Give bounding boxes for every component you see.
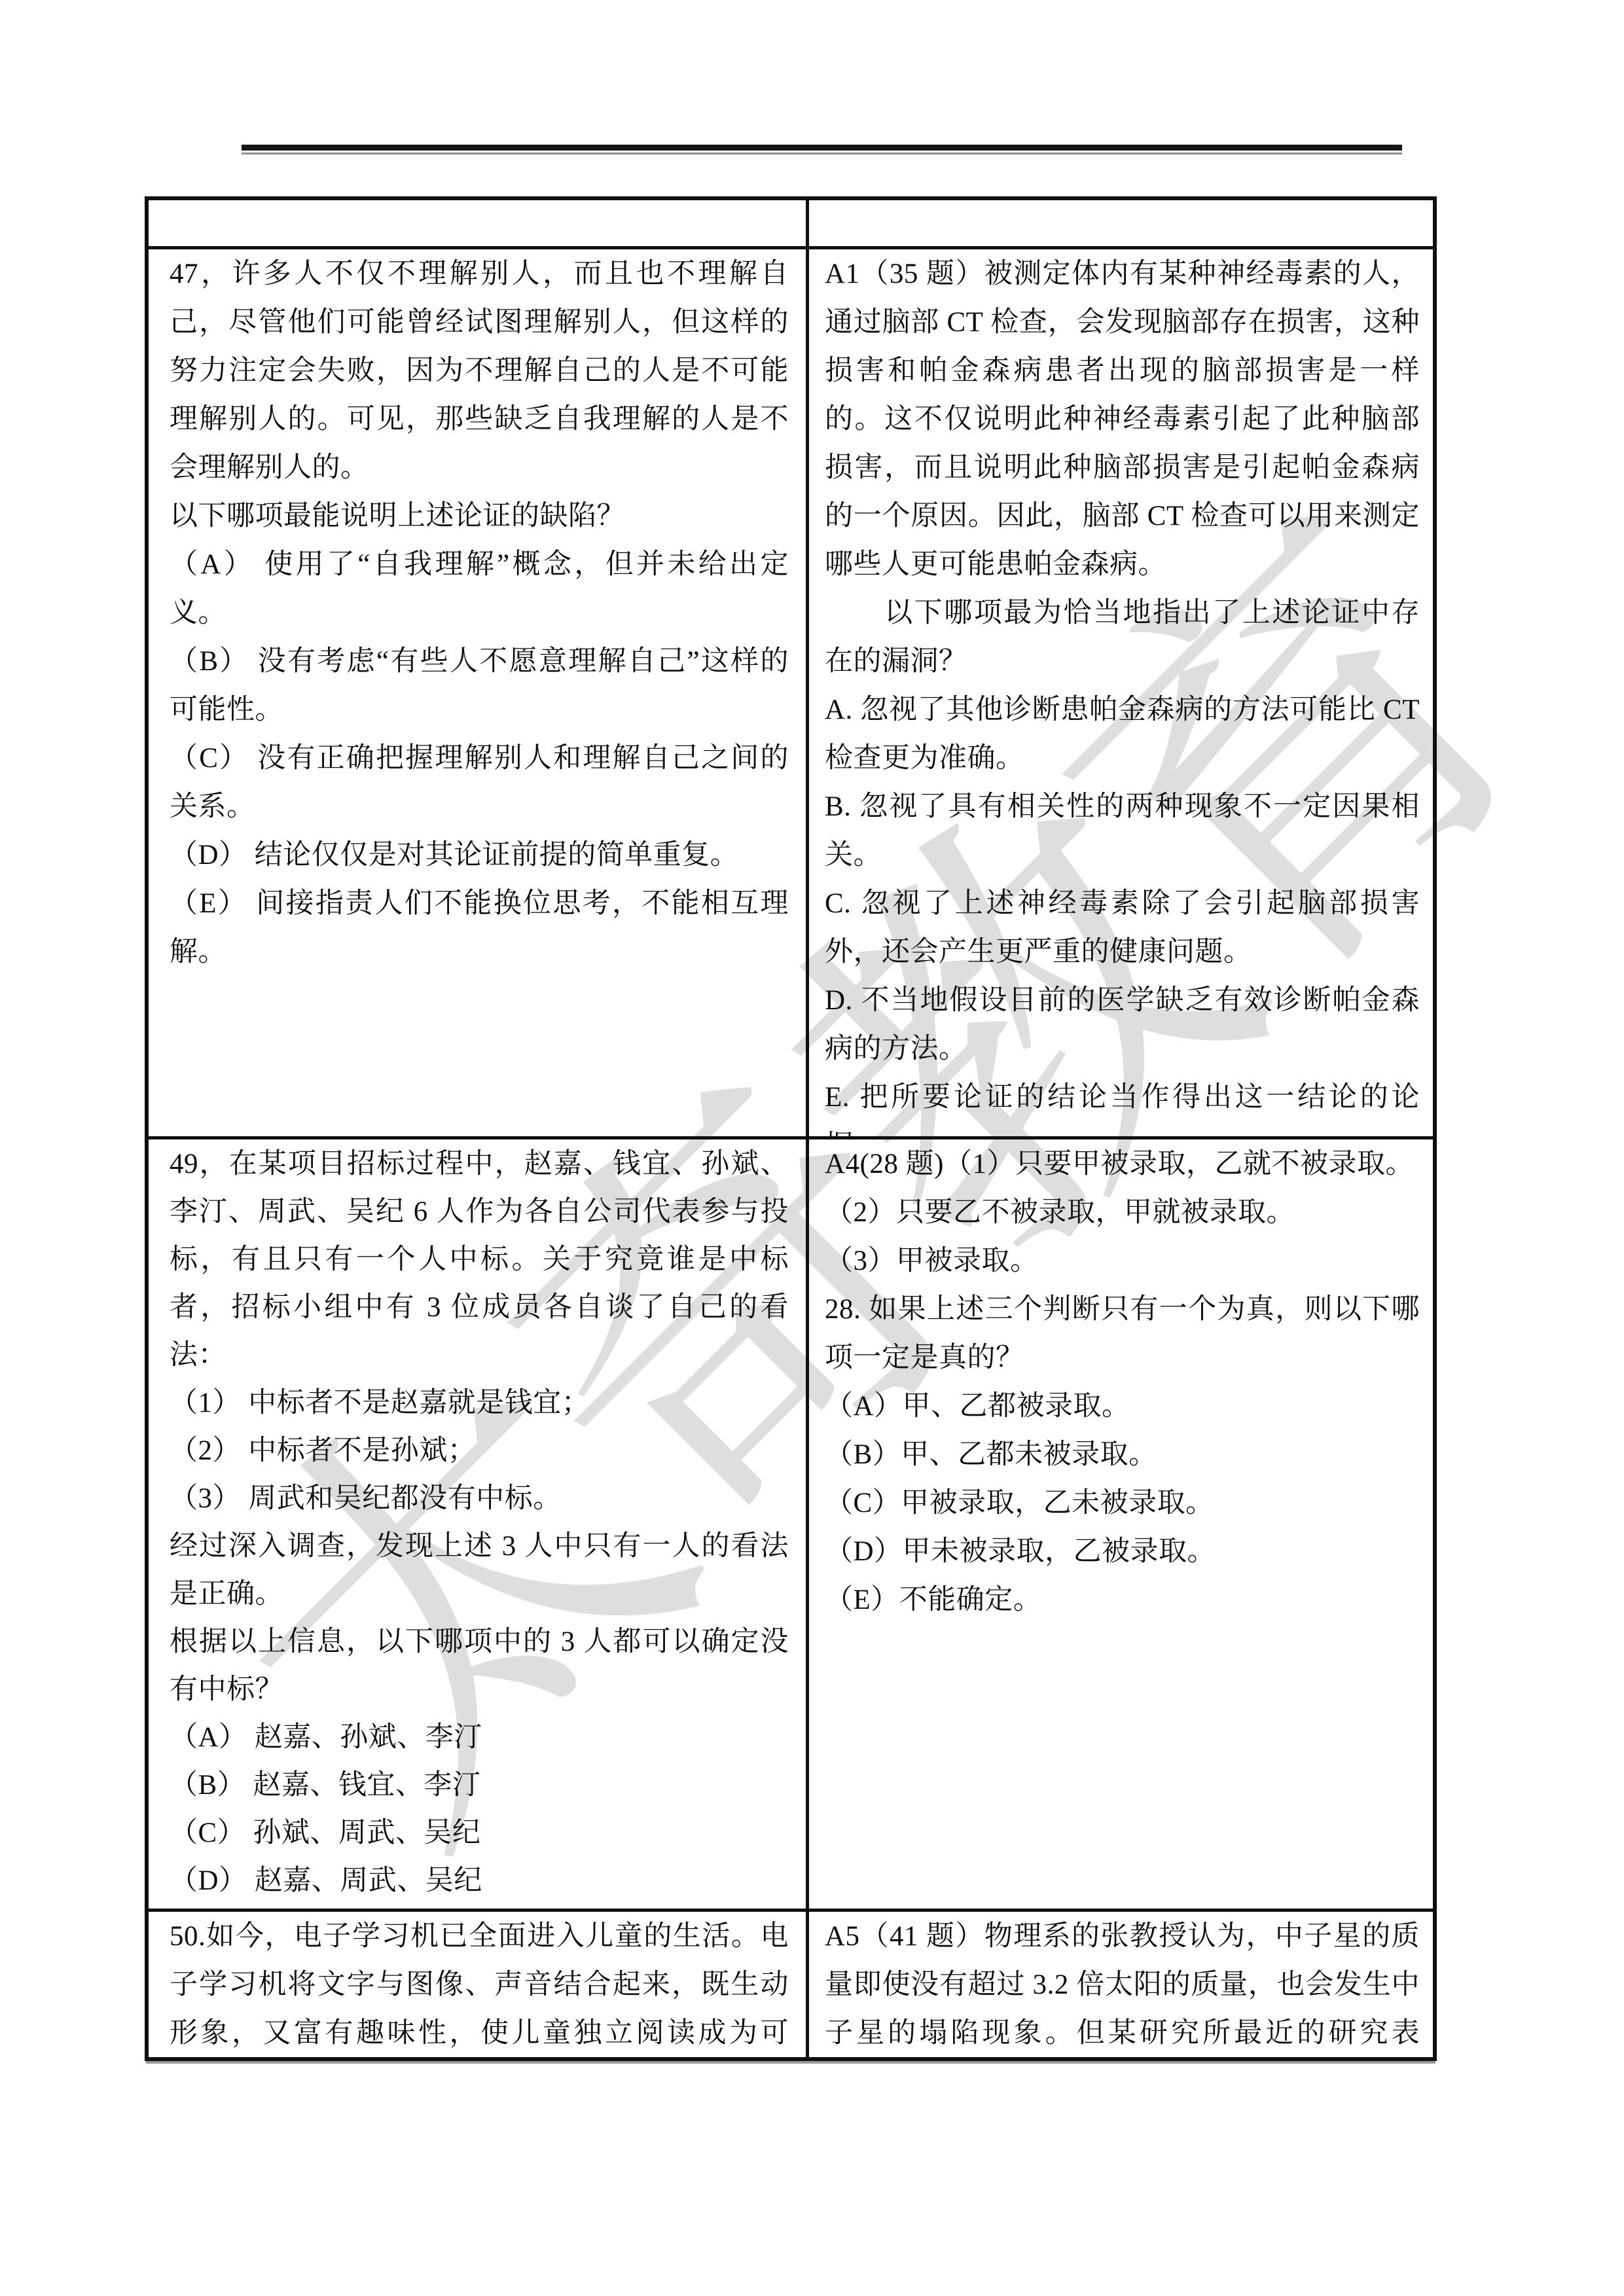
question-a4-option-d: （D）甲未被录取，乙被录取。 [825, 1528, 1420, 1576]
question-47-option-e: （E） 间接指责人们不能换位思考，不能相互理解。 [170, 880, 789, 977]
question-47-option-b: （B） 没有考虑“有些人不愿意理解自己”这样的可能性。 [170, 637, 789, 734]
question-a4-statement-2: （2）只要乙不被录取，甲就被录取。 [825, 1189, 1420, 1237]
question-47-option-d: （D） 结论仅仅是对其论证前提的简单重复。 [170, 831, 789, 880]
question-a1-cell: A1（35 题）被测定体内有某种神经毒素的人，通过脑部 CT 检查，会发现脑部存… [806, 246, 1433, 1136]
question-47-cell: 47，许多人不仅不理解别人，而且也不理解自己，尽管他们可能曾经试图理解别人，但这… [149, 246, 806, 1136]
question-a1-prompt: 以下哪项最为恰当地指出了上述论证中存在的漏洞？ [825, 589, 1420, 686]
question-a5-cell: A5（41 题）物理系的张教授认为，中子星的质量即使没有超过 3.2 倍太阳的质… [806, 1909, 1433, 2057]
question-47-option-a: （A） 使用了“自我理解”概念，但并未给出定义。 [170, 541, 789, 637]
question-a4-statement-1: A4(28 题)（1）只要甲被录取，乙就不被录取。 [825, 1140, 1420, 1189]
question-a1-option-a: A. 忽视了其他诊断患帕金森病的方法可能比 CT 检查更为准确。 [825, 686, 1420, 783]
question-49-option-c: （C） 孙斌、周武、吴纪 [170, 1809, 789, 1857]
header-rule [242, 145, 1402, 151]
question-a4-option-e: （E）不能确定。 [825, 1576, 1420, 1624]
header-rule-shadow [242, 152, 1402, 154]
question-47-option-c: （C） 没有正确把握理解别人和理解自己之间的关系。 [170, 734, 789, 831]
question-49-stem: 49，在某项目招标过程中，赵嘉、钱宜、孙斌、李汀、周武、吴纪 6 人作为各自公司… [170, 1140, 789, 1379]
question-49-statement-1: （1） 中标者不是赵嘉就是钱宜； [170, 1379, 789, 1427]
question-47-stem: 47，许多人不仅不理解别人，而且也不理解自己，尽管他们可能曾经试图理解别人，但这… [170, 250, 789, 492]
question-49-option-b: （B） 赵嘉、钱宜、李汀 [170, 1761, 789, 1809]
question-a1-option-e: E. 把所要论证的结论当作得出这一结论的论据。 [825, 1073, 1420, 1136]
question-49-cell: 49，在某项目招标过程中，赵嘉、钱宜、孙斌、李汀、周武、吴纪 6 人作为各自公司… [149, 1136, 806, 1909]
question-a1-option-c: C. 忽视了上述神经毒素除了会引起脑部损害外，还会产生更严重的健康问题。 [825, 880, 1420, 977]
question-50-cell: 50.如今，电子学习机已全面进入儿童的生活。电子学习机将文字与图像、声音结合起来… [149, 1909, 806, 2057]
question-47-prompt: 以下哪项最能说明上述论证的缺陷？ [170, 492, 789, 541]
question-49-statement-2: （2） 中标者不是孙斌； [170, 1427, 789, 1475]
question-a4-option-c: （C）甲被录取，乙未被录取。 [825, 1479, 1420, 1528]
question-a4-option-b: （B）甲、乙都未被录取。 [825, 1431, 1420, 1479]
question-49-option-d: （D） 赵嘉、周武、吴纪 [170, 1857, 789, 1905]
question-49-prompt: 根据以上信息，以下哪项中的 3 人都可以确定没有中标？ [170, 1618, 789, 1713]
question-a4-statement-3: （3）甲被录取。 [825, 1237, 1420, 1285]
question-a4-cell: A4(28 题)（1）只要甲被录取，乙就不被录取。 （2）只要乙不被录取，甲就被… [806, 1136, 1433, 1909]
questions-table: 47，许多人不仅不理解别人，而且也不理解自己，尽管他们可能曾经试图理解别人，但这… [145, 196, 1437, 2061]
question-a5-stem: A5（41 题）物理系的张教授认为，中子星的质量即使没有超过 3.2 倍太阳的质… [825, 1912, 1420, 2057]
exam-scan-page: 太 奇 教 育 47，许多人不仅不理解别人，而且也不理解自己，尽管他们可能曾经试… [0, 0, 1624, 2296]
question-a4-prompt: 28. 如果上述三个判断只有一个为真，则以下哪项一定是真的？ [825, 1285, 1420, 1382]
header-cell-left [149, 200, 806, 246]
header-cell-right [806, 200, 1433, 246]
question-49-finding: 经过深入调查，发现上述 3 人中只有一人的看法是正确。 [170, 1522, 789, 1618]
question-a4-option-a: （A）甲、乙都被录取。 [825, 1382, 1420, 1431]
question-49-option-a: （A） 赵嘉、孙斌、李汀 [170, 1713, 789, 1761]
question-49-statement-3: （3） 周武和吴纪都没有中标。 [170, 1475, 789, 1522]
question-a1-option-b: B. 忽视了具有相关性的两种现象不一定因果相关。 [825, 783, 1420, 880]
question-a1-option-d: D. 不当地假设目前的医学缺乏有效诊断帕金森病的方法。 [825, 977, 1420, 1073]
question-50-stem: 50.如今，电子学习机已全面进入儿童的生活。电子学习机将文字与图像、声音结合起来… [170, 1912, 789, 2057]
question-a1-stem: A1（35 题）被测定体内有某种神经毒素的人，通过脑部 CT 检查，会发现脑部存… [825, 250, 1420, 589]
